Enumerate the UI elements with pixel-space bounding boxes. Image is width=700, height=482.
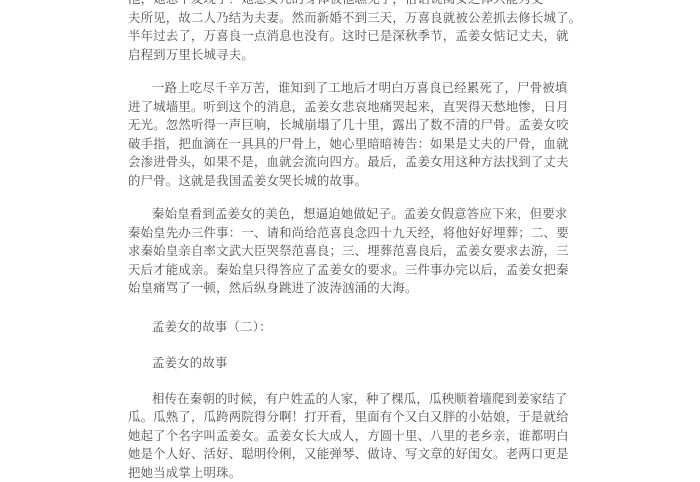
paragraph: 一路上吃尽千辛万苦，谁知到了工地后才明白万喜良已经累死了，尸骨被填 进了城墙里。… — [128, 79, 588, 190]
text-line: 天后才能成亲。秦始皇只得答应了孟姜女的要求。三件事办完以后，孟姜女把秦 — [128, 261, 588, 280]
section-heading: 孟姜女的故事 — [128, 354, 588, 373]
text-line: 会渗进骨头，如果不是，血就会流向四方。最后，孟姜女用这种方法找到了丈夫 — [128, 153, 588, 172]
paragraph: 池，她怎不发现了？她想女儿的身体被他瞧见了，俗话说闺女之体只能为丈 夫所见，故二… — [128, 0, 588, 64]
text-line: 始皇痛骂了一顿，然后纵身跳进了波涛汹涌的大海。 — [128, 279, 588, 298]
paragraph: 秦始皇看到孟姜女的美色，想逼迫她做妃子。孟姜女假意答应下来，但要求 秦始皇先办三… — [128, 205, 588, 298]
text-line: 秦始皇先办三件事：一、请和尚给范喜良念四十九天经，将他好好埋葬；二、要 — [128, 224, 588, 243]
text-line: 半年过去了，万喜良一点消息也没有。这时已是深秋季节，孟姜女惦记丈夫，就 — [128, 27, 588, 46]
text-line: 一路上吃尽千辛万苦，谁知到了工地后才明白万喜良已经累死了，尸骨被填 — [128, 79, 588, 98]
text-line: 夫所见，故二人乃结为夫妻。然而新婚不到三天，万喜良就被公差抓去修长城了。 — [128, 9, 588, 28]
text-line: 启程到万里长城寻夫。 — [128, 46, 588, 65]
text-line: 她是个人好、活好、聪明伶俐，又能弹琴、做诗、写文章的好闺女。老两口更是 — [128, 445, 588, 464]
text-line: 进了城墙里。听到这个的消息，孟姜女悲哀地痛哭起来，直哭得天愁地惨，日月 — [128, 98, 588, 117]
section-heading: 孟姜女的故事（二）： — [128, 318, 588, 337]
text-line: 秦始皇看到孟姜女的美色，想逼迫她做妃子。孟姜女假意答应下来，但要求 — [128, 205, 588, 224]
text-line-clipped-bottom: 把她当成掌上明珠。 — [128, 464, 588, 471]
paragraph: 相传在秦朝的时候，有户姓孟的人家，种了棵瓜，瓜秧顺着墙爬到姜家结了 瓜。瓜熟了，… — [128, 390, 588, 471]
scanned-document-page: 池，她怎不发现了？她想女儿的身体被他瞧见了，俗话说闺女之体只能为丈 夫所见，故二… — [128, 0, 588, 470]
text-line: 相传在秦朝的时候，有户姓孟的人家，种了棵瓜，瓜秧顺着墙爬到姜家结了 — [128, 390, 588, 409]
text-line: 求秦始皇亲自率文武大臣哭祭范喜良；三、埋葬范喜良后，孟姜女要求去游，三 — [128, 242, 588, 261]
text-line-clipped-top: 池，她怎不发现了？她想女儿的身体被他瞧见了，俗话说闺女之体只能为丈 — [128, 0, 588, 9]
text-line: 她起了个名字叫孟姜女。孟姜女长大成人，方圆十里、八里的老乡亲，谁都明白 — [128, 427, 588, 446]
text-line: 破手指，把血滴在一具具的尸骨上，她心里暗暗祷告：如果是丈夫的尸骨，血就 — [128, 135, 588, 154]
text-line: 瓜。瓜熟了，瓜跨两院得分啊！打开看，里面有个又白又胖的小姑娘，于是就给 — [128, 408, 588, 427]
story-title-line: 孟姜女的故事（二）： — [128, 318, 588, 337]
story-title-line: 孟姜女的故事 — [128, 354, 588, 373]
text-line: 无光。忽然听得一声巨响，长城崩塌了几十里，露出了数不清的尸骨。孟姜女咬 — [128, 116, 588, 135]
text-line: 的尸骨。这就是我国孟姜女哭长城的故事。 — [128, 172, 588, 191]
